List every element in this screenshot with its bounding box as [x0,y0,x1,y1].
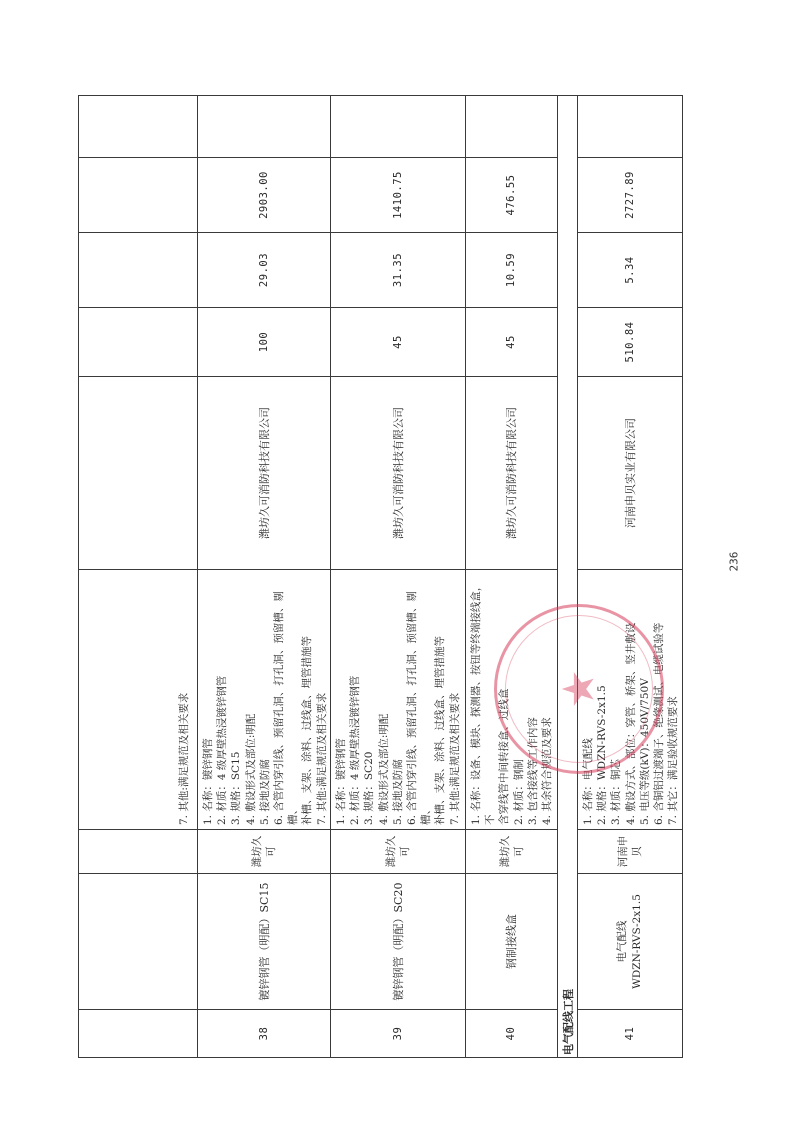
page-number: 236 [727,552,740,572]
cell-no: 40 [465,1009,558,1058]
cell-brand: 潍坊久可 [197,829,331,874]
section-header: 电气配线工程 [557,567,578,1058]
cell-price-partial [78,232,198,308]
cell-supplier-partial [78,376,198,570]
cell-total: 1410.75 [330,157,466,233]
cell-brand: 河南申贝 [577,829,683,874]
cell-features: 1. 名称：镀锌钢管 2. 材质：4 级厚壁热浸镀锌钢管 3. 规格：SC15 … [197,569,331,830]
cell-no: 41 [577,1009,683,1058]
cell-qty-partial [78,307,198,377]
cell-supplier: 潍坊久可消防科技有限公司 [465,376,558,570]
cell-no: 39 [330,1009,466,1058]
cell-quantity: 100 [197,307,331,377]
cell-remark [577,95,683,158]
cell-total: 476.55 [465,157,558,233]
cell-name: 镀锌钢管（明配）SC20 [330,873,466,1010]
cell-quantity: 45 [330,307,466,377]
cell-supplier: 潍坊久可消防科技有限公司 [197,376,331,570]
cell-unit-price: 31.35 [330,232,466,308]
cell-supplier: 河南申贝实业有限公司 [577,376,683,570]
cell-brand: 潍坊久可 [330,829,466,874]
cell-name: 电气配线 WDZN-RVS-2x1.5 [577,873,683,1010]
cell-brand-partial [78,829,198,874]
cell-quantity: 510.84 [577,307,683,377]
cell-remark [330,95,466,158]
cell-no: 38 [197,1009,331,1058]
cell-brand: 潍坊久可 [465,829,558,874]
section-strip-blank [557,95,578,568]
cell-unit-price: 10.59 [465,232,558,308]
cell-remark [465,95,558,158]
cell-total: 2727.89 [577,157,683,233]
cell-features: 1. 名称：电气配线 2. 规格：WDZN-RVS-2x1.5 3. 材质：铜芯… [577,569,683,830]
cell-unit-price: 29.03 [197,232,331,308]
cell-total-partial [78,157,198,233]
cell-total: 2903.00 [197,157,331,233]
cell-features: 1. 名称：镀锌钢管 2. 材质：4 级厚壁热浸镀锌钢管 3. 规格：SC20 … [330,569,466,830]
cell-features-partial: 7. 其他:满足规范及相关要求 [78,569,198,830]
cell-remark [197,95,331,158]
cell-unit-price: 5.34 [577,232,683,308]
cell-remark-partial [78,95,198,158]
cell-no-partial [78,1009,198,1058]
cell-supplier: 潍坊久可消防科技有限公司 [330,376,466,570]
rotated-quotation-table: 7. 其他:满足规范及相关要求 38 镀锌钢管（明配）SC15 潍坊久可 1. … [78,95,684,1058]
cell-features: 1. 名称：设备、模块、探测器、按钮等终端接线盒，不 含穿线管中间转接盒、过线盒… [465,569,558,830]
cell-name: 镀锌钢管（明配）SC15 [197,873,331,1010]
cell-name-partial [78,873,198,1010]
cell-quantity: 45 [465,307,558,377]
cell-name: 钢制接线盒 [465,873,558,1010]
